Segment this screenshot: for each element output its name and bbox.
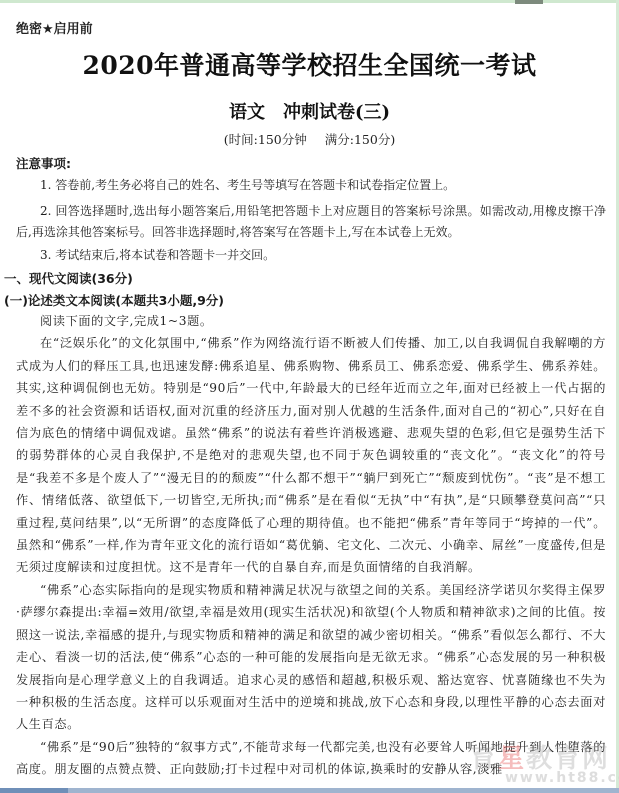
notice-item-1: 1. 答卷前,考生务必将自己的姓名、考生号等填写在答题卡和试卷指定位置上。 <box>16 175 606 196</box>
notice-item-2: 2. 回答选择题时,选出每小题答案后,用铅笔把答题卡上对应题目的答案标号涂黑。如… <box>16 201 606 242</box>
confidential-label: 绝密★启用前 <box>16 18 93 37</box>
notice-heading: 注意事项: <box>16 154 71 172</box>
watermark-text: 育 <box>470 744 498 774</box>
reading-passage: 阅读下面的文字,完成1~3题。 在“泛娱乐化”的文化氛围中,“佛系”作为网络流行… <box>16 310 606 781</box>
paper-name: 冲刺试卷(三) <box>283 102 390 123</box>
passage-paragraph-1: 在“泛娱乐化”的文化氛围中,“佛系”作为网络流行语不断被人们传播、加工,以自我调… <box>16 332 606 578</box>
window-bottom-bar <box>0 788 619 793</box>
subsection-heading: (一)论述类文本阅读(本题共3小题,9分) <box>4 291 224 309</box>
exam-title: 2020年普通高等学校招生全国统一考试 <box>0 46 619 82</box>
watermark-url: www.ht88.com <box>505 770 619 786</box>
bottom-bar-segment <box>0 788 68 793</box>
notice-item-3: 3. 考试结束后,将本试卷和答题卡一并交回。 <box>16 245 606 266</box>
score-label: 满分:150分) <box>325 132 395 147</box>
exam-subtitle: 语文冲刺试卷(三) <box>0 98 619 124</box>
section-heading: 一、现代文阅读(36分) <box>4 269 133 287</box>
instruction-text: 阅读下面的文字,完成1~3题。 <box>16 310 606 332</box>
window-top-tab <box>515 0 543 4</box>
subject-label: 语文 <box>229 102 265 123</box>
time-label: (时间:150分钟 <box>224 132 307 147</box>
passage-paragraph-2: “佛系”心态实际指向的是现实物质和精神满足状况与欲望之间的关系。美国经济学诺贝尔… <box>16 579 606 736</box>
time-score-info: (时间:150分钟满分:150分) <box>0 130 619 148</box>
